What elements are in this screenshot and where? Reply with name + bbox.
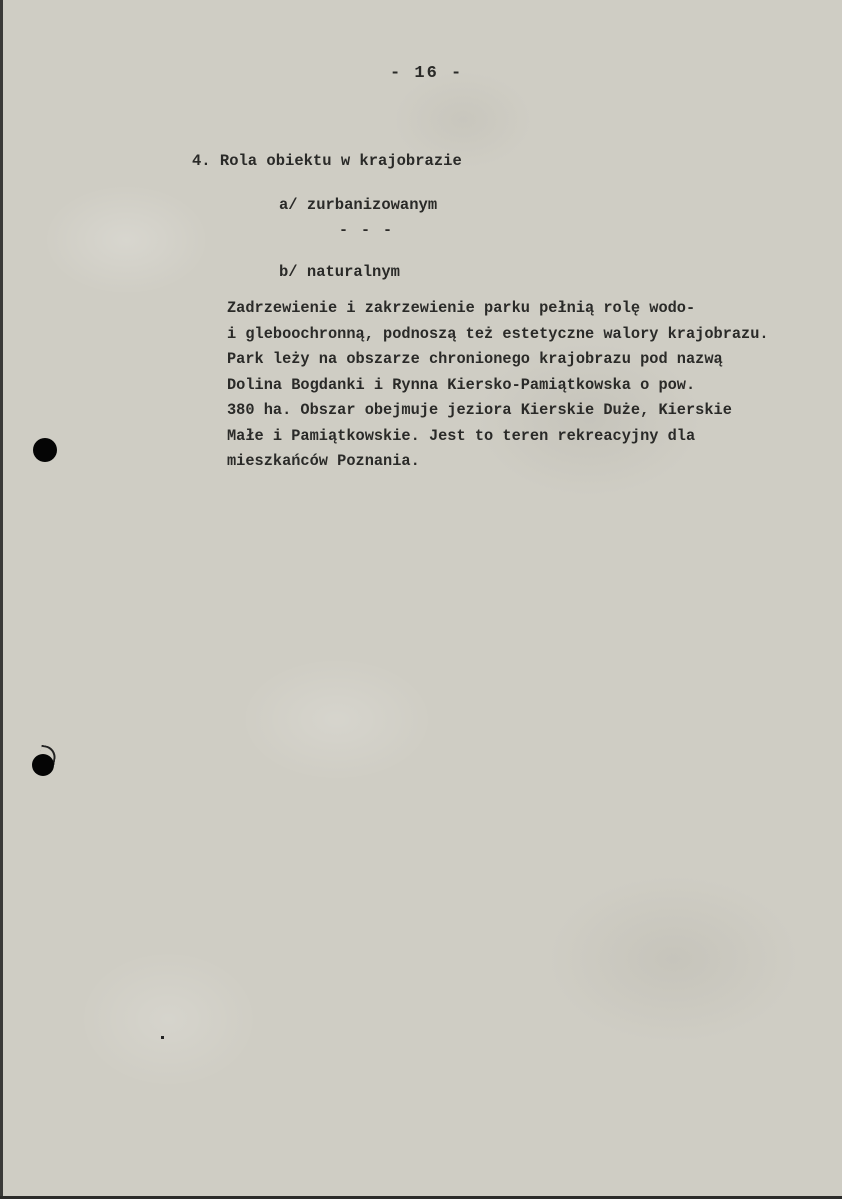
punch-hole-upper [33, 438, 57, 462]
scan-left-edge [0, 0, 3, 1199]
punch-hole-lower [32, 754, 54, 776]
paragraph-line: mieszkańców Poznania. [227, 449, 769, 475]
subsection-a-empty-dashes: - - - [339, 222, 394, 239]
paragraph-line: Dolina Bogdanki i Rynna Kiersko-Pamiątko… [227, 373, 769, 399]
paragraph-line: 380 ha. Obszar obejmuje jeziora Kierskie… [227, 398, 769, 424]
paragraph-line: i gleboochronną, podnoszą też estetyczne… [227, 322, 769, 348]
page-number: - 16 - [390, 64, 463, 83]
subsection-b-paragraph: Zadrzewienie i zakrzewienie parku pełnią… [227, 296, 769, 475]
section-heading: 4. Rola obiektu w krajobrazie [192, 152, 462, 170]
subsection-b-label: b/ naturalnym [279, 263, 400, 281]
paragraph-line: Małe i Pamiątkowskie. Jest to teren rekr… [227, 424, 769, 450]
paragraph-line: Park leży na obszarze chronionego krajob… [227, 347, 769, 373]
paragraph-line: Zadrzewienie i zakrzewienie parku pełnią… [227, 296, 769, 322]
paper-speck [161, 1036, 164, 1039]
subsection-a-label: a/ zurbanizowanym [279, 196, 437, 214]
